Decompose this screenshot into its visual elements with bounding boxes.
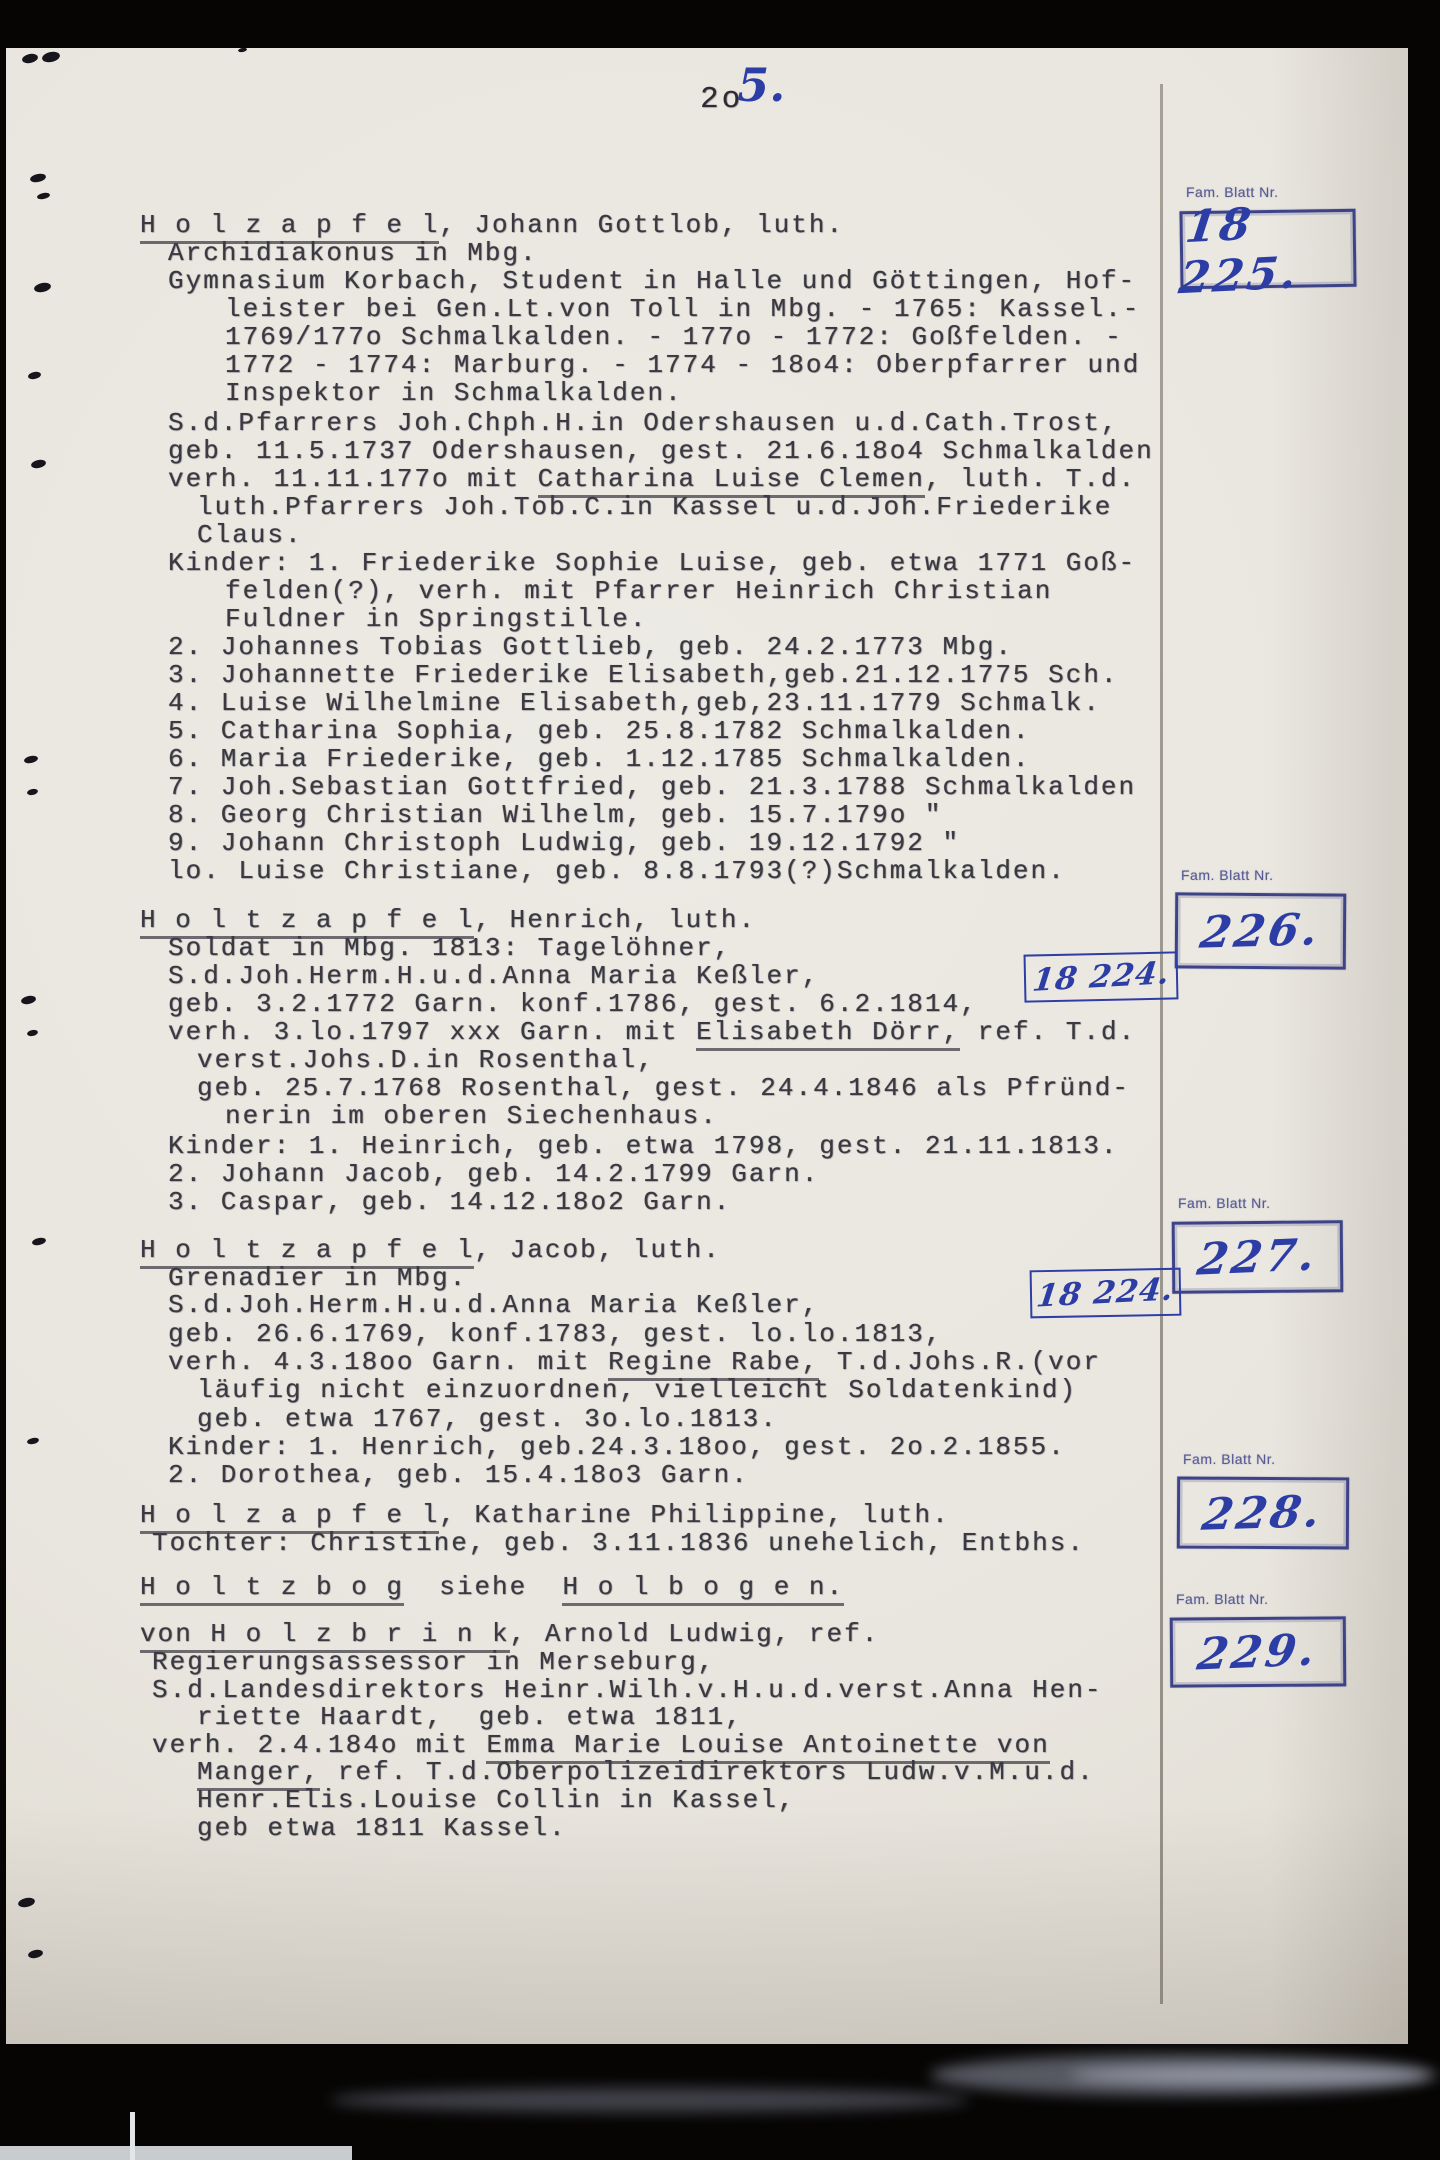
text-line: Tochter: Christine, geb. 3.11.1836 unehe… <box>152 1530 1085 1557</box>
text: ref. T.d.Oberpolizeidirektors Ludw.v.M.u… <box>320 1757 1095 1787</box>
fam-blatt-number-box: 226. <box>1175 892 1347 969</box>
text-line: Regierungsassessor in Merseburg, <box>152 1649 715 1676</box>
text: 2. Johann Jacob, geb. 14.2.1799 Garn. <box>168 1159 819 1189</box>
fam-blatt-label: Fam. Blatt Nr. <box>1181 867 1274 883</box>
text: , Henrich, luth. <box>474 905 756 935</box>
text-line: S.d.Joh.Herm.H.u.d.Anna Maria Keßler, <box>168 963 819 990</box>
text-line: Archidiakonus in Mbg. <box>168 240 538 267</box>
text: , Arnold Ludwig, ref. <box>510 1619 880 1649</box>
text: geb. 25.7.1768 Rosenthal, gest. 24.4.184… <box>197 1073 1130 1103</box>
text-line: 5. Catharina Sophia, geb. 25.8.1782 Schm… <box>168 718 1031 745</box>
text: Henr.Elis.Louise Collin in Kassel, <box>197 1785 796 1815</box>
film-edge-left <box>0 0 6 2160</box>
text: , Jacob, luth. <box>474 1235 720 1265</box>
text-line: H o l t z b o g siehe H o l b o g e n. <box>140 1574 844 1601</box>
text: siehe <box>404 1572 562 1602</box>
text: Grenadier in Mbg. <box>168 1263 467 1293</box>
handdrawn-number-box: 18 224. <box>1030 1268 1182 1319</box>
text-line: Kinder: 1. Heinrich, geb. etwa 1798, ges… <box>168 1133 1119 1160</box>
text-line: 8. Georg Christian Wilhelm, geb. 15.7.17… <box>168 802 943 829</box>
text: Regierungsassessor in Merseburg, <box>152 1647 715 1677</box>
text-line: Kinder: 1. Friederike Sophie Luise, geb.… <box>168 550 1136 577</box>
fam-blatt-label: Fam. Blatt Nr. <box>1178 1195 1271 1211</box>
text-line: felden(?), verh. mit Pfarrer Heinrich Ch… <box>225 578 1052 605</box>
text: geb. 11.5.1737 Odershausen, gest. 21.6.1… <box>168 436 1154 466</box>
text-line: H o l t z a p f e l, Jacob, luth. <box>140 1237 721 1264</box>
text: 8. Georg Christian Wilhelm, geb. 15.7.17… <box>168 800 943 830</box>
text-line: H o l z a p f e l, Johann Gottlob, luth. <box>140 212 844 239</box>
text: , Johann Gottlob, luth. <box>439 210 844 240</box>
text-line: H o l z a p f e l, Katharine Philippine,… <box>140 1502 950 1529</box>
underlined-text: H o l t z b o g <box>140 1572 404 1606</box>
text-line: 3. Caspar, geb. 14.12.18o2 Garn. <box>168 1189 731 1216</box>
text-line: 4. Luise Wilhelmine Elisabeth,geb,23.11.… <box>168 690 1101 717</box>
text: verh. 2.4.184o mit <box>152 1730 486 1760</box>
text: 6. Maria Friederike, geb. 1.12.1785 Schm… <box>168 744 1031 774</box>
text-line: 3. Johannette Friederike Elisabeth,geb.2… <box>168 662 1119 689</box>
text-line: Fuldner in Springstille. <box>225 606 647 633</box>
text-line: 2. Dorothea, geb. 15.4.18o3 Garn. <box>168 1462 749 1489</box>
text-line: läufig nicht einzuordnen, vielleicht Sol… <box>197 1377 1077 1404</box>
text-line: verh. 11.11.177o mit Catharina Luise Cle… <box>168 466 1136 493</box>
text: 4. Luise Wilhelmine Elisabeth,geb,23.11.… <box>168 688 1101 718</box>
handwritten-number: 18 225. <box>1176 194 1360 304</box>
text-line: 9. Johann Christoph Ludwig, geb. 19.12.1… <box>168 830 960 857</box>
text-line: 1772 - 1774: Marburg. - 1774 - 18o4: Obe… <box>225 352 1140 379</box>
text-line: geb. 25.7.1768 Rosenthal, gest. 24.4.184… <box>197 1075 1130 1102</box>
column-rule <box>1160 84 1163 2004</box>
text: 5. Catharina Sophia, geb. 25.8.1782 Schm… <box>168 716 1031 746</box>
handwritten-number: 229. <box>1195 1624 1322 1680</box>
text-line: Manger, ref. T.d.Oberpolizeidirektors Lu… <box>197 1759 1095 1786</box>
text: , luth. T.d. <box>925 464 1136 494</box>
text-line: Claus. <box>197 522 303 549</box>
handwritten-number: 18 224. <box>1035 1271 1177 1314</box>
light-streak <box>1070 2066 1440 2084</box>
text: Fuldner in Springstille. <box>225 604 647 634</box>
text: läufig nicht einzuordnen, vielleicht Sol… <box>197 1375 1077 1405</box>
fam-blatt-number-box: 229. <box>1170 1616 1346 1687</box>
text-line: S.d.Pfarrers Joh.Chph.H.in Odershausen u… <box>168 410 1119 437</box>
text-line: S.d.Landesdirektors Heinr.Wilh.v.H.u.d.v… <box>152 1677 1103 1704</box>
handwritten-number: 227. <box>1194 1229 1321 1285</box>
underlined-text: H o l b o g e n. <box>562 1572 844 1606</box>
film-scratch <box>130 2112 135 2160</box>
text-line: geb. 11.5.1737 Odershausen, gest. 21.6.1… <box>168 438 1154 465</box>
fam-blatt-number-box: 227. <box>1172 1220 1344 1293</box>
text: 1769/177o Schmalkalden. - 177o - 1772: G… <box>225 322 1123 352</box>
text-line: leister bei Gen.Lt.von Toll in Mbg. - 17… <box>225 296 1140 323</box>
text: verst.Johs.D.in Rosenthal, <box>197 1045 655 1075</box>
text: lo. Luise Christiane, geb. 8.8.1793(?)Sc… <box>168 856 1066 886</box>
text: geb. etwa 1767, gest. 3o.lo.1813. <box>197 1404 778 1434</box>
text-line: geb etwa 1811 Kassel. <box>197 1815 567 1842</box>
text: 7. Joh.Sebastian Gottfried, geb. 21.3.17… <box>168 772 1136 802</box>
text-line: luth.Pfarrers Joh.Tob.C.in Kassel u.d.Jo… <box>197 494 1112 521</box>
text: S.d.Joh.Herm.H.u.d.Anna Maria Keßler, <box>168 961 819 991</box>
text-line: nerin im oberen Siechenhaus. <box>225 1103 718 1130</box>
text: verh. 3.lo.1797 xxx Garn. mit <box>168 1017 696 1047</box>
handwritten-number: 18 224. <box>1030 955 1171 999</box>
text: S.d.Joh.Herm.H.u.d.Anna Maria Keßler, <box>168 1290 819 1320</box>
light-streak <box>330 2088 970 2112</box>
text: luth.Pfarrers Joh.Tob.C.in Kassel u.d.Jo… <box>197 492 1112 522</box>
text: geb. 3.2.1772 Garn. konf.1786, gest. 6.2… <box>168 989 978 1019</box>
text: 3. Caspar, geb. 14.12.18o2 Garn. <box>168 1187 731 1217</box>
text: leister bei Gen.Lt.von Toll in Mbg. - 17… <box>225 294 1140 324</box>
text: geb etwa 1811 Kassel. <box>197 1813 567 1843</box>
text: T.d.Johs.R.(vor <box>819 1347 1101 1377</box>
underlined-text: Elisabeth Dörr, <box>696 1017 960 1051</box>
text: Kinder: 1. Heinrich, geb. etwa 1798, ges… <box>168 1131 1119 1161</box>
text-line: verh. 3.lo.1797 xxx Garn. mit Elisabeth … <box>168 1019 1136 1046</box>
text-line: 7. Joh.Sebastian Gottfried, geb. 21.3.17… <box>168 774 1136 801</box>
text-line: Inspektor in Schmalkalden. <box>225 380 683 407</box>
text: 1772 - 1774: Marburg. - 1774 - 18o4: Obe… <box>225 350 1140 380</box>
handwritten-number: 228. <box>1199 1486 1326 1540</box>
text: S.d.Pfarrers Joh.Chph.H.in Odershausen u… <box>168 408 1119 438</box>
page-number: 2o5. <box>700 64 791 118</box>
text-line: Kinder: 1. Henrich, geb.24.3.18oo, gest.… <box>168 1434 1066 1461</box>
fam-blatt-label: Fam. Blatt Nr. <box>1176 1591 1269 1607</box>
text-line: lo. Luise Christiane, geb. 8.8.1793(?)Sc… <box>168 858 1066 885</box>
film-edge-top <box>0 0 1440 48</box>
text-line: Grenadier in Mbg. <box>168 1265 467 1292</box>
text: Kinder: 1. Henrich, geb.24.3.18oo, gest.… <box>168 1432 1066 1462</box>
text-line: von H o l z b r i n k, Arnold Ludwig, re… <box>140 1621 879 1648</box>
text: S.d.Landesdirektors Heinr.Wilh.v.H.u.d.v… <box>152 1675 1103 1705</box>
text: , Katharine Philippine, luth. <box>439 1500 949 1530</box>
fam-blatt-number-box: 18 225. <box>1179 209 1356 289</box>
text-line: geb. 3.2.1772 Garn. konf.1786, gest. 6.2… <box>168 991 978 1018</box>
text: Tochter: Christine, geb. 3.11.1836 unehe… <box>152 1528 1085 1558</box>
text-line: Henr.Elis.Louise Collin in Kassel, <box>197 1787 796 1814</box>
text-line: 1769/177o Schmalkalden. - 177o - 1772: G… <box>225 324 1123 351</box>
scanned-register-page: 2o5. H o l z a p f e l, Johann Gottlob, … <box>0 0 1440 2160</box>
text: 3. Johannette Friederike Elisabeth,geb.2… <box>168 660 1119 690</box>
text: riette Haardt, geb. etwa 1811, <box>197 1702 743 1732</box>
text-line: geb. 26.6.1769, konf.1783, gest. lo.lo.1… <box>168 1321 943 1348</box>
text: ref. T.d. <box>960 1017 1136 1047</box>
text-line: geb. etwa 1767, gest. 3o.lo.1813. <box>197 1406 778 1433</box>
text-line: verst.Johs.D.in Rosenthal, <box>197 1047 655 1074</box>
film-strip <box>0 2146 352 2160</box>
text: 2. Dorothea, geb. 15.4.18o3 Garn. <box>168 1460 749 1490</box>
text-line: S.d.Joh.Herm.H.u.d.Anna Maria Keßler, <box>168 1292 819 1319</box>
handwritten-number: 226. <box>1197 904 1324 958</box>
text-line: Gymnasium Korbach, Student in Halle und … <box>168 268 1136 295</box>
text-line: Soldat in Mbg. 1813: Tagelöhner, <box>168 935 731 962</box>
text: Archidiakonus in Mbg. <box>168 238 538 268</box>
handdrawn-number-box: 18 224. <box>1024 951 1179 1002</box>
text: Gymnasium Korbach, Student in Halle und … <box>168 266 1136 296</box>
text-line: 2. Johann Jacob, geb. 14.2.1799 Garn. <box>168 1161 819 1188</box>
film-edge-right <box>1408 0 1440 2160</box>
text: felden(?), verh. mit Pfarrer Heinrich Ch… <box>225 576 1052 606</box>
text-line: 6. Maria Friederike, geb. 1.12.1785 Schm… <box>168 746 1031 773</box>
text-line: riette Haardt, geb. etwa 1811, <box>197 1704 743 1731</box>
text: Kinder: 1. Friederike Sophie Luise, geb.… <box>168 548 1136 578</box>
fam-blatt-number-box: 228. <box>1177 1477 1349 1550</box>
text: 2. Johannes Tobias Gottlieb, geb. 24.2.1… <box>168 632 1013 662</box>
text-line: verh. 4.3.18oo Garn. mit Regine Rabe, T.… <box>168 1349 1101 1376</box>
page-number-handwritten: 5. <box>737 58 785 112</box>
text: 9. Johann Christoph Ludwig, geb. 19.12.1… <box>168 828 960 858</box>
text: Inspektor in Schmalkalden. <box>225 378 683 408</box>
text: geb. 26.6.1769, konf.1783, gest. lo.lo.1… <box>168 1319 943 1349</box>
text-line: 2. Johannes Tobias Gottlieb, geb. 24.2.1… <box>168 634 1013 661</box>
text: Soldat in Mbg. 1813: Tagelöhner, <box>168 933 731 963</box>
text-line: verh. 2.4.184o mit Emma Marie Louise Ant… <box>152 1732 1050 1759</box>
text: verh. 11.11.177o mit <box>168 464 538 494</box>
text-line: H o l t z a p f e l, Henrich, luth. <box>140 907 756 934</box>
text: verh. 4.3.18oo Garn. mit <box>168 1347 608 1377</box>
text: Claus. <box>197 520 303 550</box>
fam-blatt-label: Fam. Blatt Nr. <box>1183 1451 1276 1467</box>
text: nerin im oberen Siechenhaus. <box>225 1101 718 1131</box>
